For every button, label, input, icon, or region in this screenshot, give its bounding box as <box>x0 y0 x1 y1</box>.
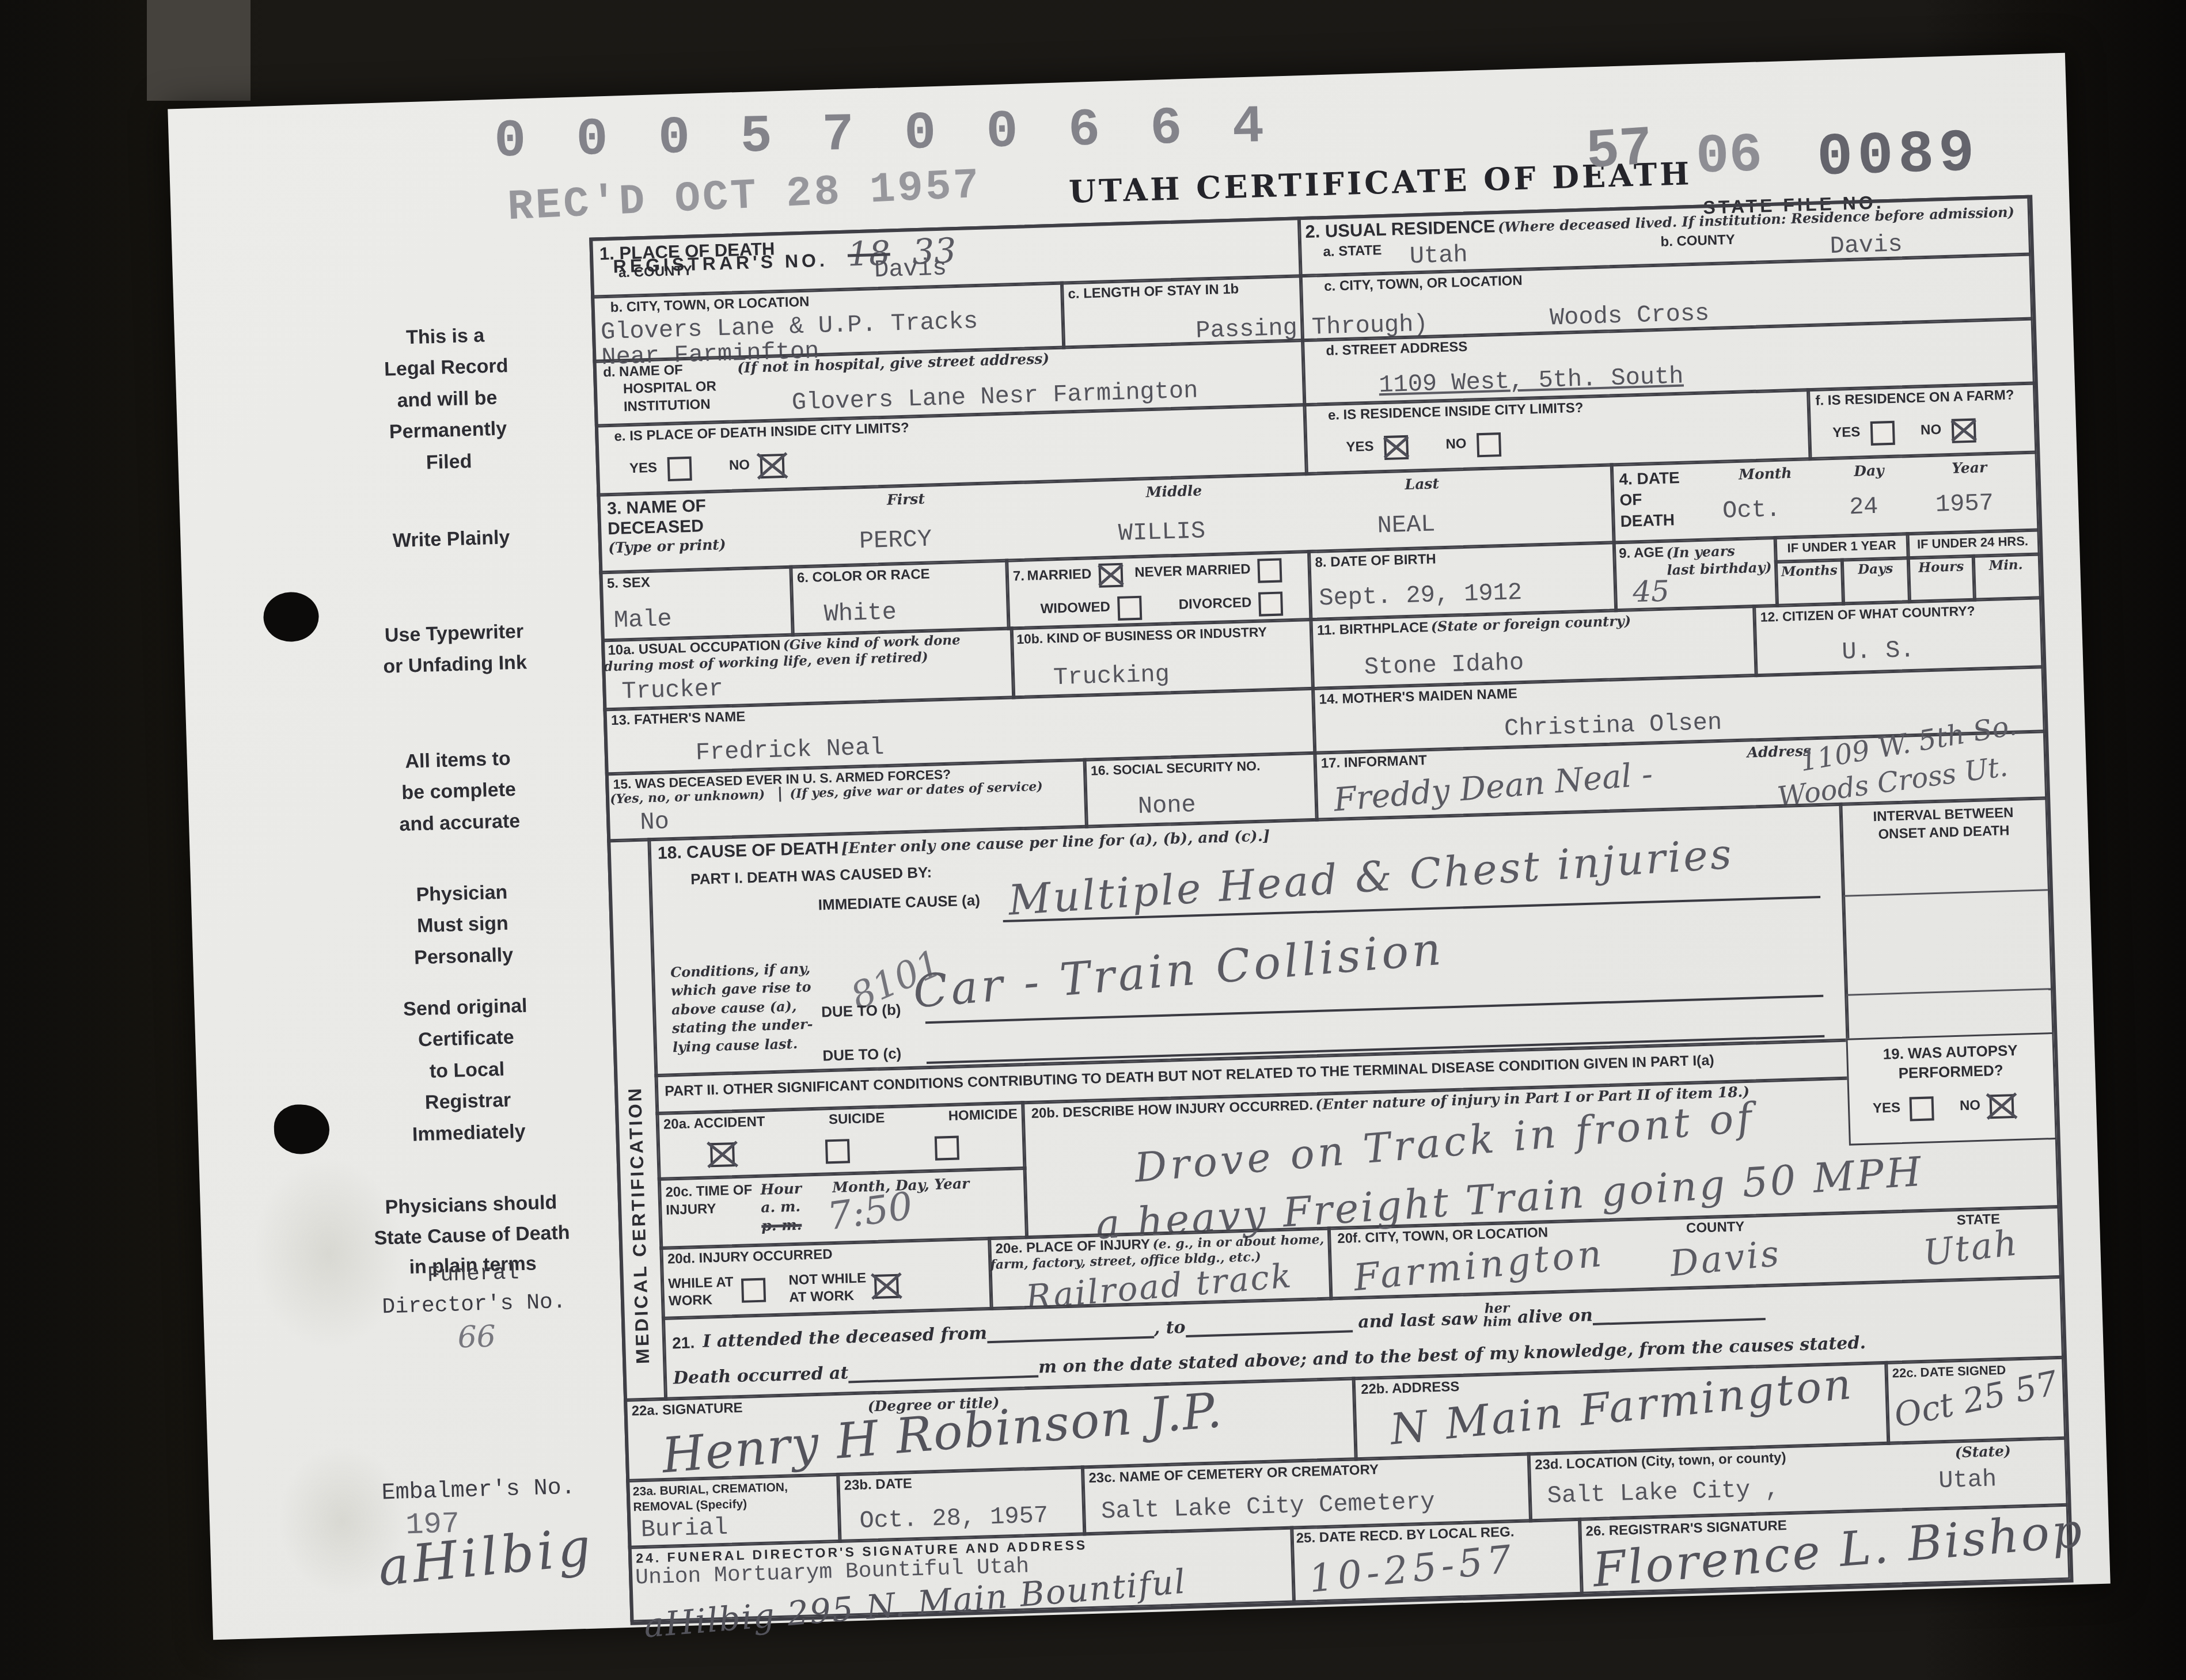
field-4-day: 24 <box>1849 493 1878 521</box>
field-22a-label: 22a. SIGNATURE <box>631 1400 743 1419</box>
field-12-citizen: 12. CITIZEN OF WHAT COUNTRY? U. S. <box>1752 596 2043 677</box>
field-15-value: No <box>640 808 670 836</box>
field-18-label: 18. CAUSE OF DEATH <box>658 838 839 864</box>
field-22c-date-signed: 22c. DATE SIGNED Oct 25 57 <box>1884 1356 2066 1445</box>
checkbox-widowed <box>1117 596 1142 621</box>
field-10b-value: Trucking <box>1053 660 1170 691</box>
field-23d-state-value: Utah <box>1938 1465 1997 1495</box>
field-23b-value: Oct. 28, 1957 <box>859 1502 1049 1535</box>
while-at-work-label: WHILE AT WORK <box>668 1274 734 1310</box>
field-20f-county: Davis <box>1668 1232 1783 1285</box>
field-1d-label1: d. NAME OF <box>603 362 683 381</box>
field-12-value: U. S. <box>1842 636 1915 666</box>
age-hours-cell: Hours <box>1907 554 1976 603</box>
divorced-label: DIVORCED <box>1178 595 1251 613</box>
married-label: MARRIED <box>1027 566 1092 583</box>
checkbox-suicide <box>825 1139 850 1164</box>
age-months-cell: Months <box>1774 558 1845 607</box>
field-7-marital: 7. MARRIED NEVER MARRIED WIDOWED DIVORCE… <box>1005 550 1312 630</box>
yes-label: YES <box>1873 1100 1901 1116</box>
funeral-director-no-label: Funeral Director's No. <box>317 1255 630 1325</box>
field-10b-industry: 10b. KIND OF BUSINESS OR INDUSTRY Trucki… <box>1010 618 1315 700</box>
field-9-hint: (In years last birthday) <box>1666 541 1772 579</box>
field-23a-burial: 23a. BURIAL, CREMATION, REMOVAL (Specify… <box>626 1473 841 1549</box>
field-4-year: 1957 <box>1935 489 1994 519</box>
serial-number-stamp: 0 0 0 5 7 0 0 6 6 4 <box>494 97 1274 172</box>
field-6-value: White <box>823 598 897 628</box>
field-23a-label: 23a. BURIAL, CREMATION, REMOVAL (Specify… <box>632 1478 838 1515</box>
funeral-director-no-value: 66 <box>457 1320 496 1355</box>
field-16-value: None <box>1137 791 1196 820</box>
county-label: COUNTY <box>1686 1219 1745 1237</box>
field-8-label: 8. DATE OF BIRTH <box>1315 546 1615 571</box>
no-label: NO <box>1960 1097 1981 1113</box>
field-2f-label: f. IS RESIDENCE ON A FARM? <box>1815 387 2033 409</box>
checkbox-autopsy-no <box>1990 1094 2014 1119</box>
field-23a-value: Burial <box>640 1514 728 1544</box>
field-20a-number: 20a. <box>663 1116 690 1132</box>
due-to-b-label: DUE TO (b) <box>821 1001 901 1021</box>
field-5-value: Male <box>613 605 672 634</box>
aliveon-text: alive on <box>1517 1305 1593 1328</box>
field-25-value: 10-25-57 <box>1307 1537 1518 1601</box>
field-13-value: Fredrick Neal <box>695 733 885 767</box>
field-20d-injury-at-work: 20d. INJURY OCCURRED WHILE AT WORK NOT W… <box>659 1237 993 1320</box>
checkbox-divorced <box>1258 591 1283 616</box>
embalmer-no-label: Embalmer's No. <box>381 1475 575 1507</box>
field-2f-farm: f. IS RESIDENCE ON A FARM? YES NO <box>1807 382 2037 461</box>
field-20c-label: 20c. TIME OF INJURY <box>665 1181 753 1219</box>
checkbox-homicide <box>935 1136 959 1161</box>
checkbox-2e-yes <box>1384 435 1409 460</box>
field-17-label: 17. INFORMANT <box>1320 752 1427 771</box>
field-11-hint: (State or foreign country) <box>1430 612 1631 634</box>
day-col-label: Day <box>1854 461 1884 480</box>
checkbox-not-while <box>874 1274 899 1299</box>
am-label: a. m. <box>761 1198 803 1217</box>
field-9-label: 9. AGE <box>1619 545 1664 562</box>
field-20b-label: 20b. DESCRIBE HOW INJURY OCCURRED. <box>1031 1097 1313 1122</box>
suicide-label: SUICIDE <box>829 1110 885 1127</box>
field-18-cause-of-death: 18. CAUSE OF DEATH [Enter only one cause… <box>647 803 1849 1077</box>
field-1c-label: c. LENGTH OF STAY IN 1b <box>1068 279 1301 302</box>
field-20d-label: 20d. INJURY OCCURRED <box>667 1242 990 1267</box>
scanned-page: 0 0 0 5 7 0 0 6 6 4 REC'D OCT 28 1957 RE… <box>0 0 2186 1680</box>
accident-label: ACCIDENT <box>693 1113 765 1131</box>
medical-certification-label: MEDICAL CERTIFICATION <box>618 886 654 1364</box>
months-label: Months <box>1776 562 1843 581</box>
min-label: Min. <box>1974 556 2039 575</box>
last-col-label: Last <box>1405 474 1439 493</box>
margin-note-physician-sign: Physician Must sign Personally <box>306 873 620 976</box>
field-4-month: Oct. <box>1722 496 1781 525</box>
margin-note-legal-record: This is a Legal Record and will be Perma… <box>290 316 605 482</box>
month-col-label: Month <box>1739 464 1792 484</box>
field-12-label: 12. CITIZEN OF WHAT COUNTRY? <box>1760 601 2040 625</box>
field-2-label: 2. USUAL RESIDENCE <box>1305 216 1496 242</box>
field-7-number: 7. <box>1013 568 1025 584</box>
checkbox-2e-no <box>1477 432 1501 457</box>
checkbox-1e-yes <box>667 457 692 481</box>
field-9-value: 45 <box>1632 574 1669 609</box>
no-label: NO <box>1921 422 1942 438</box>
lastsaw-text: and last saw <box>1358 1309 1478 1332</box>
state-file-stamp-0089: 0089 <box>1816 120 1980 192</box>
margin-note-typewriter: Use Typewriter or Unfading Ink <box>298 613 611 685</box>
field-23b-date: 23b. DATE Oct. 28, 1957 <box>836 1465 1086 1543</box>
not-while-label: NOT WHILE AT WORK <box>788 1269 867 1306</box>
field-25-label-text: 25. DATE RECD. BY LOCAL REG. <box>1296 1522 1578 1546</box>
middle-col-label: Middle <box>1145 481 1202 501</box>
field-19-label: 19. WAS AUTOPSY PERFORMED? <box>1848 1040 2054 1085</box>
scan-corner-patch <box>147 0 251 101</box>
field-2a-label: a. STATE <box>1323 242 1382 260</box>
attended-text: I attended the deceased from <box>703 1323 988 1352</box>
him-text: him <box>1483 1314 1512 1328</box>
field-6-race: 6. COLOR OR RACE White <box>789 559 1011 637</box>
field-23d-label: 23d. LOCATION (City, town, or county) <box>1535 1450 1786 1473</box>
never-married-label: NEVER MARRIED <box>1134 561 1251 580</box>
margin-note-all-items: All items to be complete and accurate <box>302 740 616 843</box>
to-text: , to <box>1153 1317 1186 1339</box>
age-min-cell: Min. <box>1972 552 2041 601</box>
field-25-content: 25. DATE RECD. BY LOCAL REG. 10-25-57 <box>1290 1518 1580 1599</box>
margin-note-write-plainly: Write Plainly <box>295 523 607 555</box>
pm-label: p. m. <box>761 1215 803 1234</box>
checkbox-married <box>1098 563 1123 588</box>
field-19-autopsy: 19. WAS AUTOPSY PERFORMED? YES NO <box>1846 1032 2056 1146</box>
field-8-birth-date: 8. DATE OF BIRTH Sept. 29, 1912 <box>1307 541 1618 621</box>
state-file-stamp-57: 57 <box>1584 117 1654 184</box>
field-2b-label: b. COUNTY <box>1660 231 1735 249</box>
field-2-hint: (Where deceased lived. If institution: R… <box>1498 203 2015 235</box>
year-col-label: Year <box>1952 458 1987 477</box>
checkbox-never-married <box>1257 558 1282 583</box>
checkbox-2f-yes <box>1870 421 1895 446</box>
under-1-year-label: IF UNDER 1 YEAR <box>1775 537 1908 556</box>
interval-label: INTERVAL BETWEEN ONSET AND DEATH <box>1841 803 2047 845</box>
hour-label: Hour <box>760 1180 802 1199</box>
conditions-note: Conditions, if any, which gave rise to a… <box>670 959 814 1056</box>
field-10a-value: Trucker <box>621 675 724 705</box>
yes-label: YES <box>629 460 658 476</box>
yes-label: YES <box>1346 439 1374 455</box>
hours-label: Hours <box>1908 558 1974 577</box>
field-26-registrar-signature: 26. REGISTRAR'S SIGNATURE Florence L. Bi… <box>1578 1503 2070 1594</box>
interval-column: INTERVAL BETWEEN ONSET AND DEATH <box>1839 796 2054 1042</box>
field-9-age: 9. AGE (In years last birthday) 45 <box>1612 536 1779 612</box>
field-16-ssn: 16. SOCIAL SECURITY NO. None <box>1083 751 1318 828</box>
homicide-label: HOMICIDE <box>948 1106 1018 1124</box>
checkbox-1e-no <box>760 454 785 478</box>
checkbox-while-at-work <box>741 1278 766 1303</box>
cause-b-value: Car - Train Collision <box>911 923 1446 1018</box>
field-2b-value: Davis <box>1830 230 1903 260</box>
field-11-label: 11. BIRTHPLACE <box>1317 619 1429 638</box>
field-3-first: PERCY <box>859 525 932 555</box>
field-1a-value: Davis <box>874 254 947 284</box>
death-occurred-text: Death occurred at <box>673 1363 849 1388</box>
field-2a-value: Utah <box>1409 241 1468 271</box>
widowed-label: WIDOWED <box>1040 599 1110 617</box>
field-16-label: 16. SOCIAL SECURITY NO. <box>1091 757 1316 778</box>
due-to-c-label: DUE TO (c) <box>822 1045 902 1065</box>
field-23d-value: Salt Lake City , <box>1547 1476 1780 1510</box>
first-col-label: First <box>886 490 925 509</box>
field-14-value: Christina Olsen <box>1504 709 1722 743</box>
no-label: NO <box>729 457 750 473</box>
field-8-value: Sept. 29, 1912 <box>1319 579 1523 612</box>
age-days-cell: Days <box>1840 556 1911 606</box>
checkbox-2f-no <box>1952 419 1976 443</box>
under-24-hrs-label: IF UNDER 24 HRS. <box>1908 533 2038 552</box>
field-1c-length-of-stay: c. LENGTH OF STAY IN 1b Passing Through) <box>1060 274 1304 349</box>
field-10b-label: 10b. KIND OF BUSINESS OR INDUSTRY <box>1016 623 1312 647</box>
field-23c-value: Salt Lake City Cemetery <box>1101 1488 1436 1525</box>
days-label: Days <box>1842 560 1909 579</box>
field-23b-label: 23b. DATE <box>844 1470 1083 1493</box>
field-21-number: 21. <box>672 1333 695 1352</box>
checkbox-accident <box>710 1142 735 1167</box>
received-date-stamp: REC'D OCT 28 1957 <box>507 161 982 232</box>
field-11-value: Stone Idaho <box>1364 649 1524 681</box>
field-3-middle: WILLIS <box>1118 517 1206 547</box>
field-5-sex: 5. SEX Male <box>599 565 795 643</box>
field-6-label: 6. COLOR OR RACE <box>797 564 1008 586</box>
yes-label: YES <box>1832 424 1861 440</box>
field-3-last: NEAL <box>1377 511 1436 540</box>
certificate-paper: 0 0 0 5 7 0 0 6 6 4 REC'D OCT 28 1957 RE… <box>168 53 2110 1640</box>
margin-note-send-original: Send original Certificate to Local Regis… <box>309 987 625 1153</box>
immediate-cause-label: IMMEDIATE CAUSE (a) <box>818 892 980 914</box>
state-hint: (State) <box>1955 1442 2011 1462</box>
checkbox-autopsy-yes <box>1910 1096 1934 1121</box>
field-18-hint: [Enter only one cause per line for (a), … <box>841 827 1270 857</box>
no-label: NO <box>1445 436 1467 452</box>
field-20f-state: Utah <box>1921 1221 2021 1274</box>
state-file-stamp-06: 06 <box>1695 124 1763 188</box>
field-5-label: 5. SEX <box>607 571 792 592</box>
